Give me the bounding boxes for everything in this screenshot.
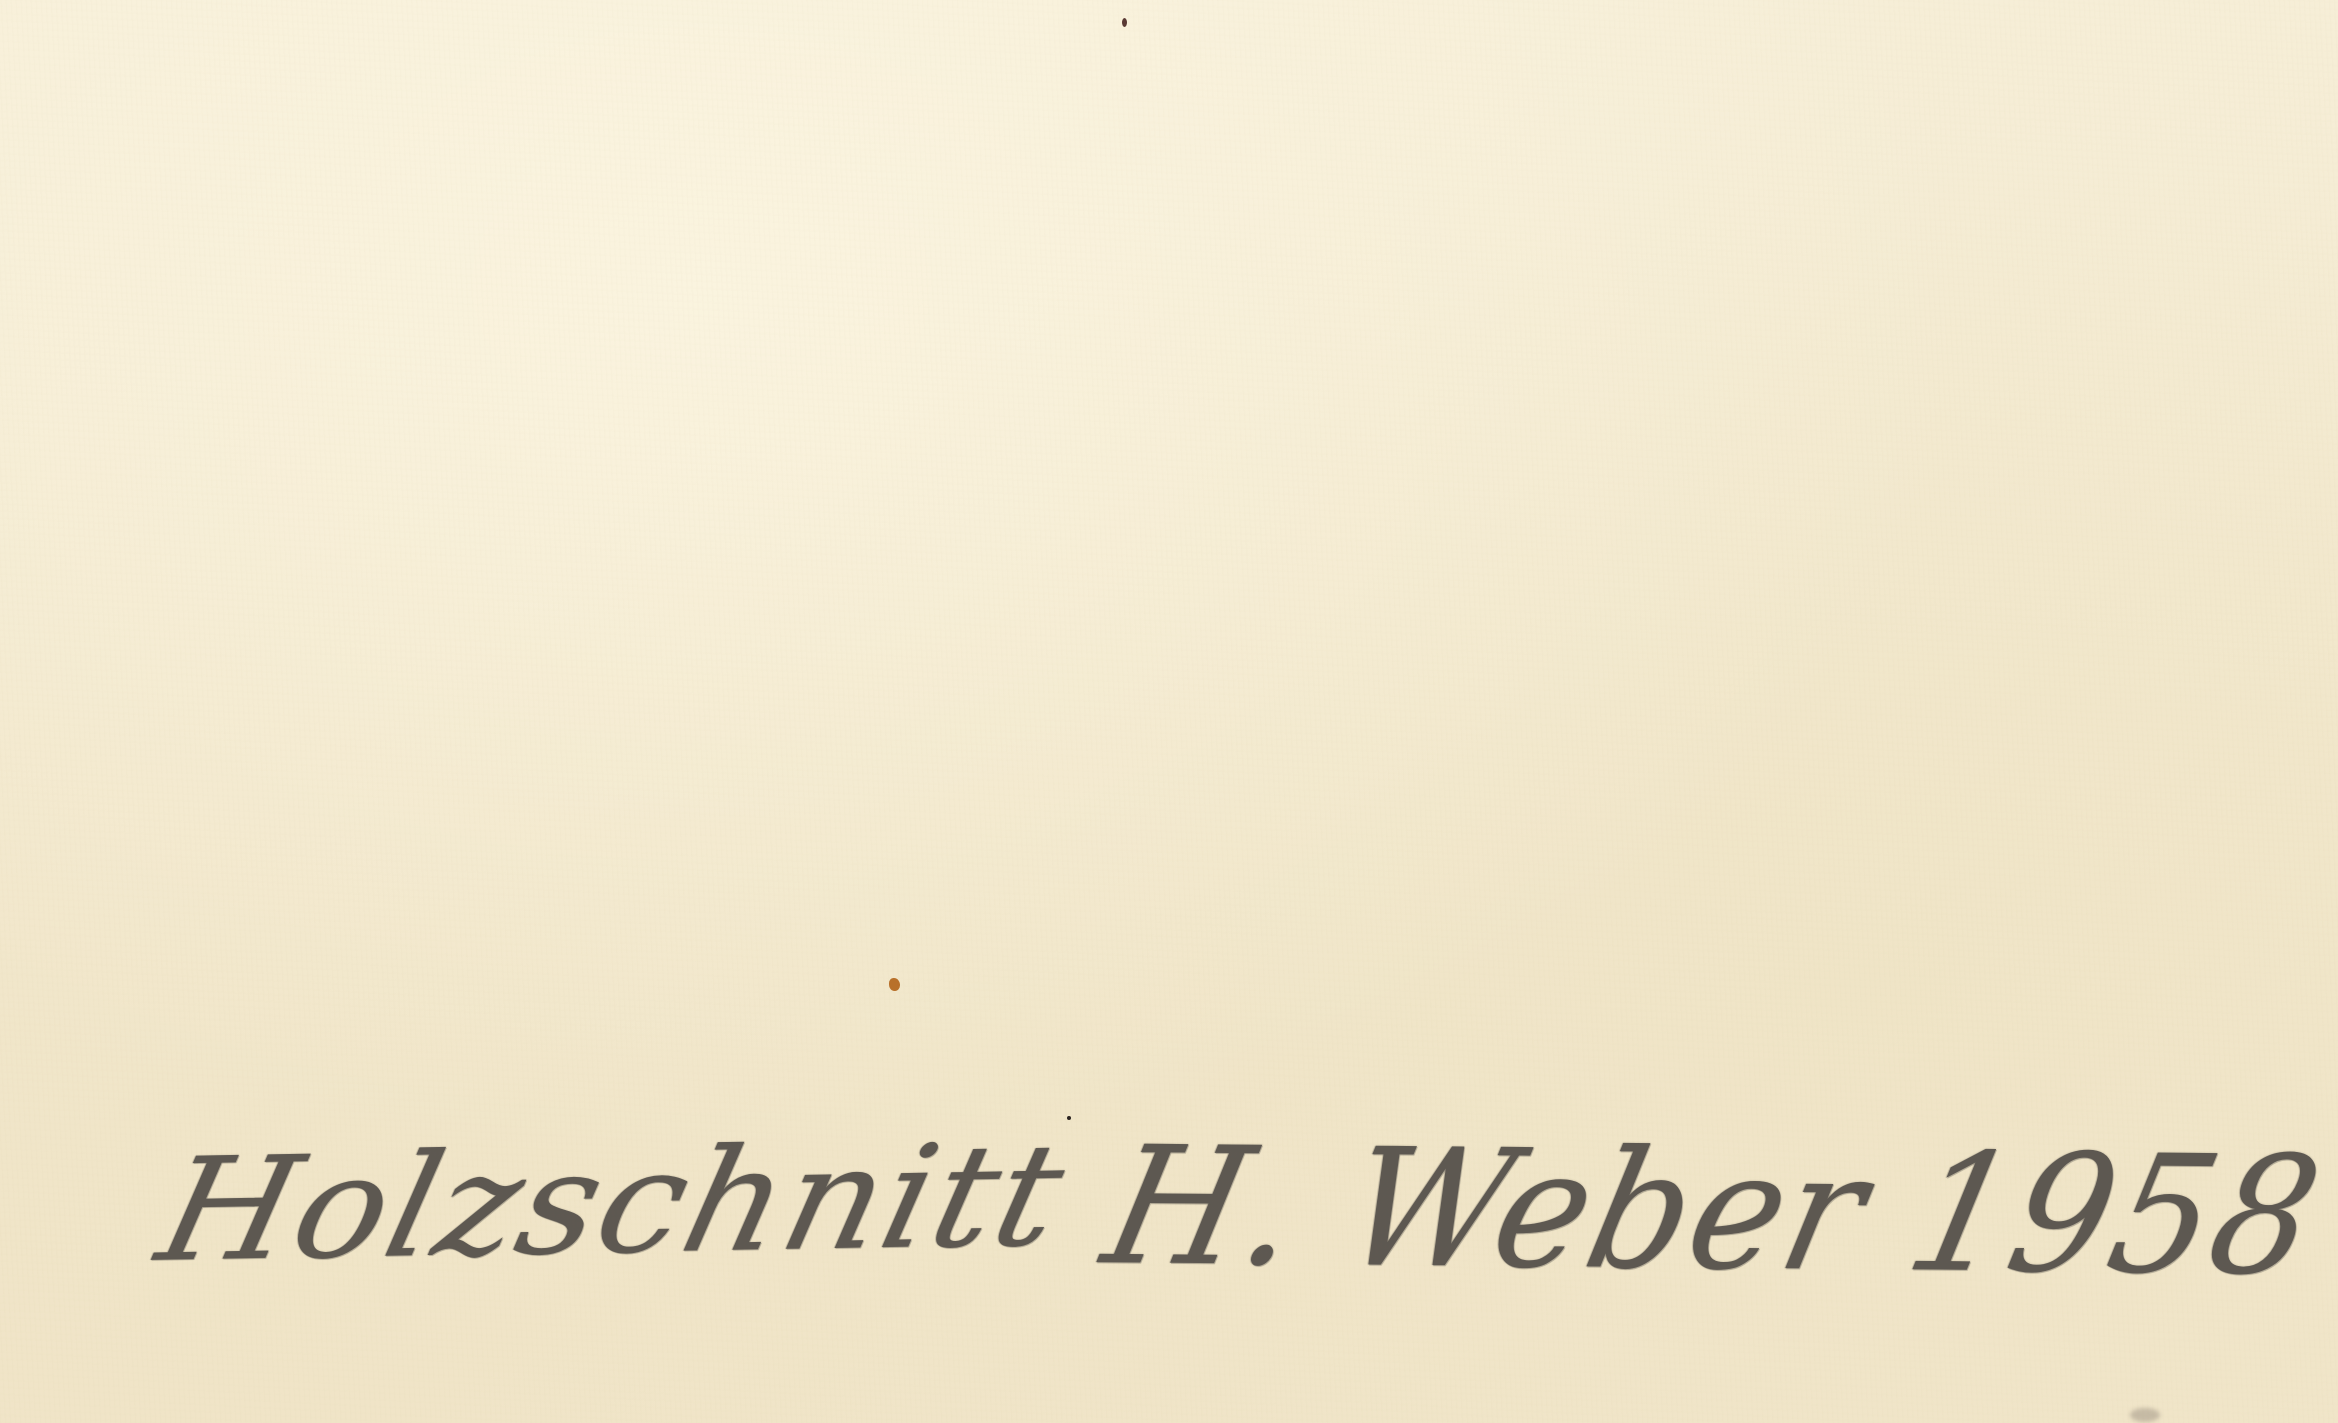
orange-speck	[889, 978, 900, 991]
inscription-signature-date: H. Weber 1958	[1090, 1111, 2337, 1312]
paper-sheet: Holzschnitt H. Weber 1958	[0, 0, 2338, 1423]
dark-speck-top	[1122, 18, 1127, 27]
edge-smudge	[2130, 1408, 2160, 1422]
inscription-technique: Holzschnitt	[145, 1113, 1080, 1294]
